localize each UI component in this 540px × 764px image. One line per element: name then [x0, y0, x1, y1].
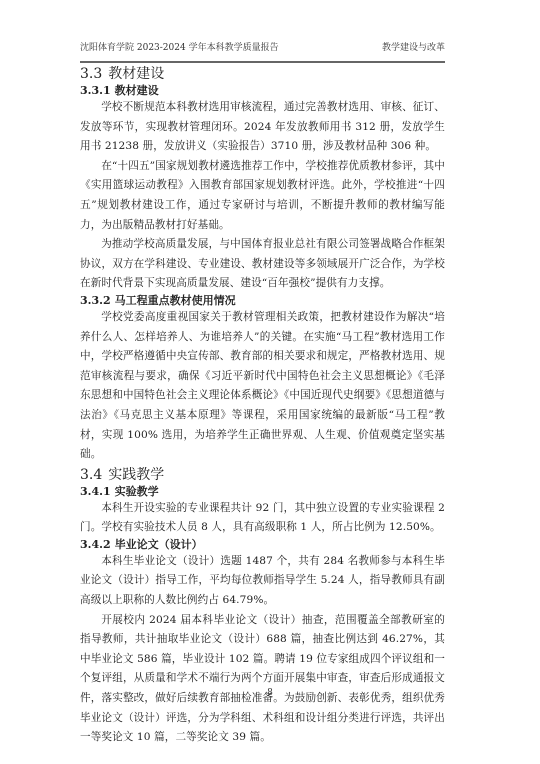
paragraph: 学校党委高度重视国家关于教材管理相关政策，把教材建设作为解决“培养什么人、怎样培… — [80, 308, 445, 465]
paragraph: 开展校内 2024 届本科毕业论文（设计）抽查，范围覆盖全部教研室的指导教师，共… — [80, 611, 445, 748]
section-heading-3-4: 3.4实践教学 — [80, 465, 445, 485]
paragraph: 本科生毕业论文（设计）选题 1487 个，共有 284 名教师参与本科生毕业论文… — [80, 552, 445, 611]
section-number: 3.3 — [80, 66, 102, 82]
paragraph: 本科生开设实验的专业课程共计 92 门，其中独立设置的专业实验课程 2 门。学校… — [80, 499, 445, 538]
subsection-heading-3-3-2: 3.3.2马工程重点教材使用情况 — [80, 294, 445, 308]
subsection-number: 3.4.2 — [80, 538, 111, 551]
document-page: 沈阳体育学院 2023-2024 学年本科教学质量报告 教学建设与改革 3.3教… — [0, 0, 540, 764]
header-rule — [80, 61, 445, 63]
subsection-number: 3.4.1 — [80, 485, 111, 498]
subsection-title: 实验教学 — [115, 485, 159, 498]
page-header: 沈阳体育学院 2023-2024 学年本科教学质量报告 教学建设与改革 — [80, 40, 445, 54]
page-number: 8 — [0, 688, 540, 698]
page-content: 3.3教材建设 3.3.1教材建设 学校不断规范本科教材选用审核流程，通过完善教… — [80, 64, 445, 748]
subsection-heading-3-4-2: 3.4.2毕业论文（设计） — [80, 538, 445, 552]
subsection-title: 马工程重点教材使用情况 — [115, 294, 236, 307]
header-chapter-title: 教学建设与改革 — [382, 40, 445, 53]
subsection-number: 3.3.2 — [80, 294, 111, 307]
section-heading-3-3: 3.3教材建设 — [80, 64, 445, 84]
header-report-title: 沈阳体育学院 2023-2024 学年本科教学质量报告 — [80, 40, 279, 53]
paragraph: 为推动学校高质量发展，与中国体育报业总社有限公司签署战略合作框架协议，双方在学科… — [80, 235, 445, 294]
section-number: 3.4 — [80, 467, 102, 483]
subsection-title: 教材建设 — [115, 84, 159, 97]
section-title: 教材建设 — [108, 66, 164, 82]
subsection-heading-3-3-1: 3.3.1教材建设 — [80, 84, 445, 98]
paragraph: 在“十四五”国家规划教材遴选推荐工作中，学校推荐优质教材参评，其中《实用篮球运动… — [80, 157, 445, 235]
subsection-title: 毕业论文（设计） — [115, 538, 203, 551]
subsection-heading-3-4-1: 3.4.1实验教学 — [80, 485, 445, 499]
paragraph: 学校不断规范本科教材选用审核流程，通过完善教材选用、审核、征订、发放等环节，实现… — [80, 98, 445, 157]
subsection-number: 3.3.1 — [80, 84, 111, 97]
section-title: 实践教学 — [108, 467, 164, 483]
